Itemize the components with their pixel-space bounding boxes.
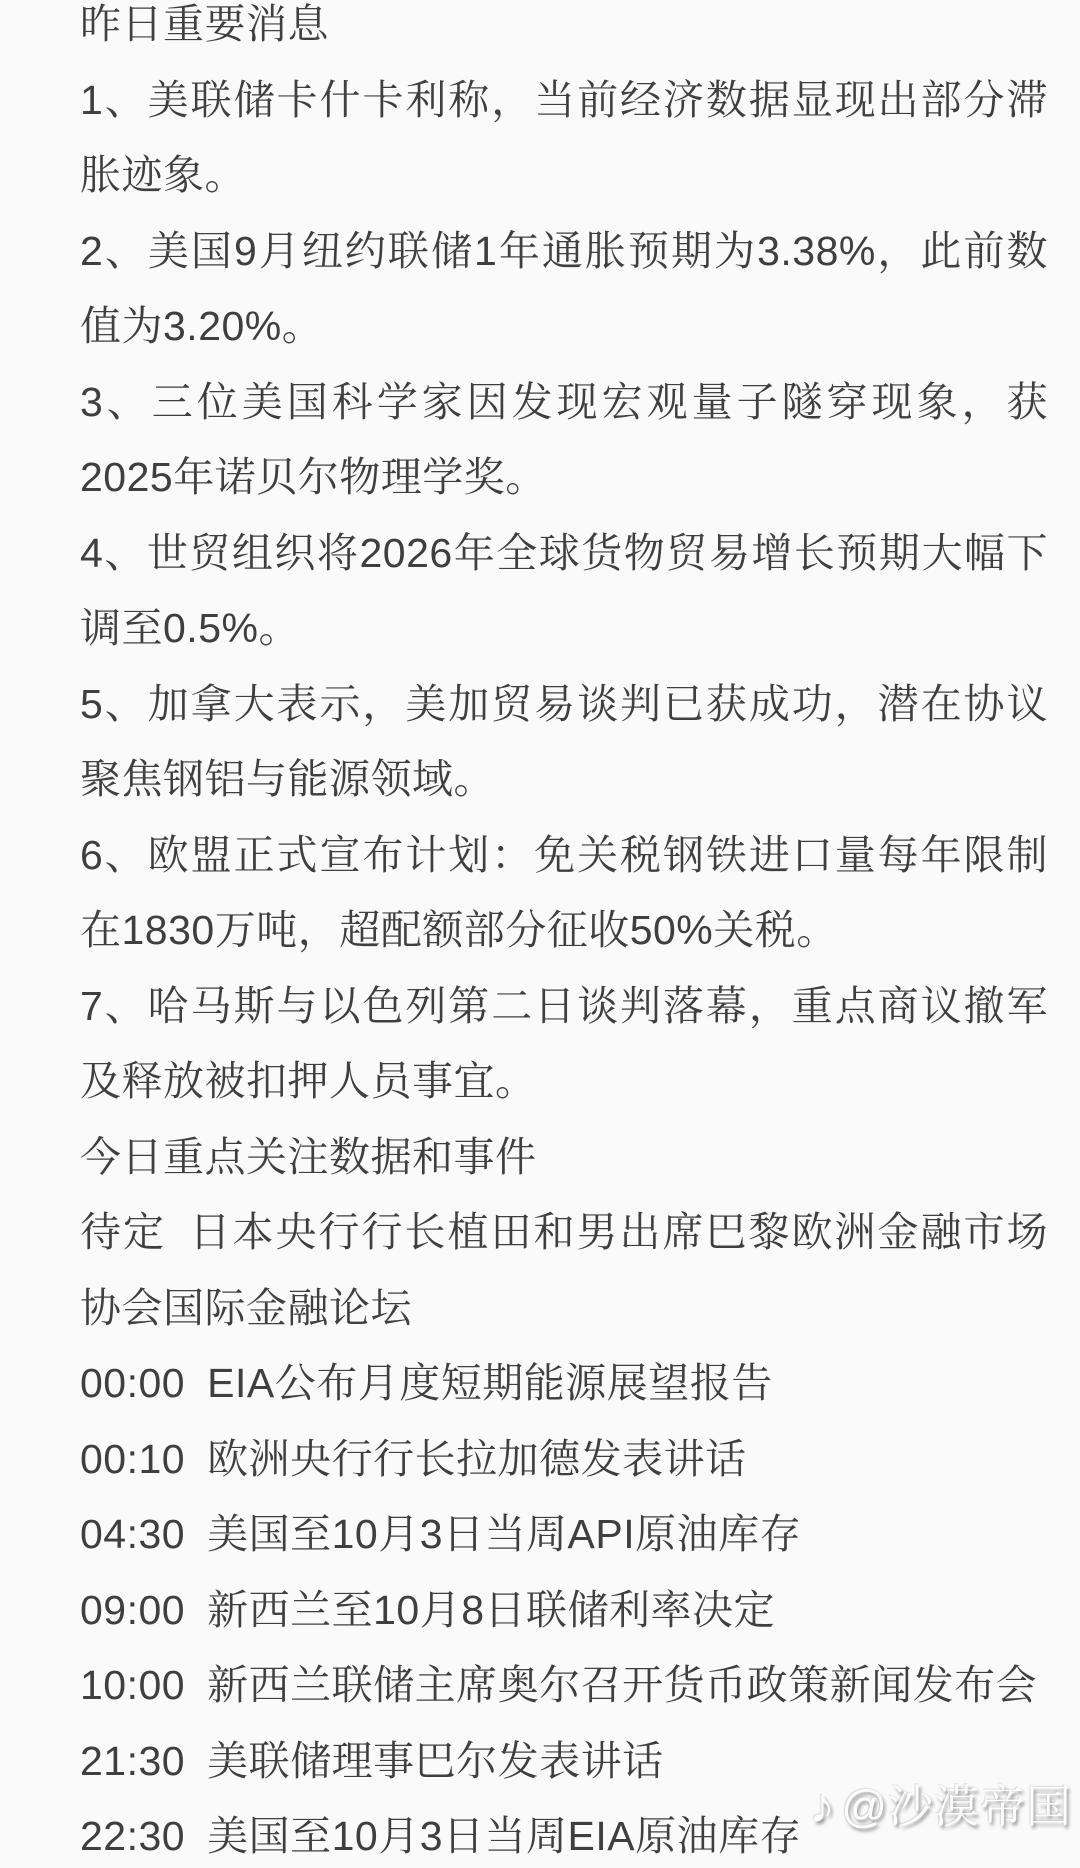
event-time: 待定	[80, 1209, 166, 1255]
event-row: 00:10欧洲央行行长拉加德发表讲话	[80, 1422, 1048, 1498]
event-desc: 新西兰至10月8日联储利率决定	[207, 1587, 775, 1633]
event-desc: 日本央行行长植田和男出席巴黎欧洲金融市场协会国际金融论坛	[80, 1209, 1048, 1331]
event-desc: 美国至10月3日当周API原油库存	[207, 1511, 801, 1557]
event-time: 21:30	[80, 1738, 185, 1784]
douyin-note-icon: ♪	[809, 1782, 837, 1832]
news-item: 7、哈马斯与以色列第二日谈判落幕，重点商议撤军及释放被扣押人员事宜。	[80, 969, 1048, 1120]
news-item: 3、三位美国科学家因发现宏观量子隧穿现象，获2025年诺贝尔物理学奖。	[80, 365, 1048, 516]
event-desc: EIA公布月度短期能源展望报告	[207, 1360, 773, 1406]
event-desc: 美国至10月3日当周EIA原油库存	[207, 1813, 801, 1859]
news-digest: 昨日重要消息 1、美联储卡什卡利称，当前经济数据显现出部分滞胀迹象。 2、美国9…	[0, 0, 1080, 1868]
watermark: ♪@沙漠帝国	[810, 1782, 1072, 1832]
event-row: 09:00新西兰至10月8日联储利率决定	[80, 1573, 1048, 1649]
news-item: 4、世贸组织将2026年全球货物贸易增长预期大幅下调至0.5%。	[80, 516, 1048, 667]
event-time: 00:00	[80, 1360, 185, 1406]
event-desc: 美联储理事巴尔发表讲话	[207, 1738, 664, 1784]
event-desc: 新西兰联储主席奥尔召开货币政策新闻发布会	[207, 1662, 1037, 1708]
event-time: 09:00	[80, 1587, 185, 1633]
news-item: 5、加拿大表示，美加贸易谈判已获成功，潜在协议聚焦钢铝与能源领域。	[80, 667, 1048, 818]
event-time: 04:30	[80, 1511, 185, 1557]
event-desc: 欧洲央行行长拉加德发表讲话	[207, 1436, 747, 1482]
event-row: 00:00EIA公布月度短期能源展望报告	[80, 1346, 1048, 1422]
news-item: 2、美国9月纽约联储1年通胀预期为3.38%，此前数值为3.20%。	[80, 214, 1048, 365]
yesterday-section-title: 昨日重要消息	[80, 0, 1048, 63]
event-time: 00:10	[80, 1436, 185, 1482]
today-section-title: 今日重点关注数据和事件	[80, 1120, 1048, 1196]
news-item: 1、美联储卡什卡利称，当前经济数据显现出部分滞胀迹象。	[80, 63, 1048, 214]
event-row: 待定日本央行行长植田和男出席巴黎欧洲金融市场协会国际金融论坛	[80, 1195, 1048, 1346]
event-row: 10:00新西兰联储主席奥尔召开货币政策新闻发布会	[80, 1648, 1048, 1724]
watermark-handle: @沙漠帝国	[841, 1781, 1072, 1832]
event-time: 22:30	[80, 1813, 185, 1859]
event-time: 10:00	[80, 1662, 185, 1708]
news-item: 6、欧盟正式宣布计划：免关税钢铁进口量每年限制在1830万吨，超配额部分征收50…	[80, 818, 1048, 969]
event-row: 04:30美国至10月3日当周API原油库存	[80, 1497, 1048, 1573]
